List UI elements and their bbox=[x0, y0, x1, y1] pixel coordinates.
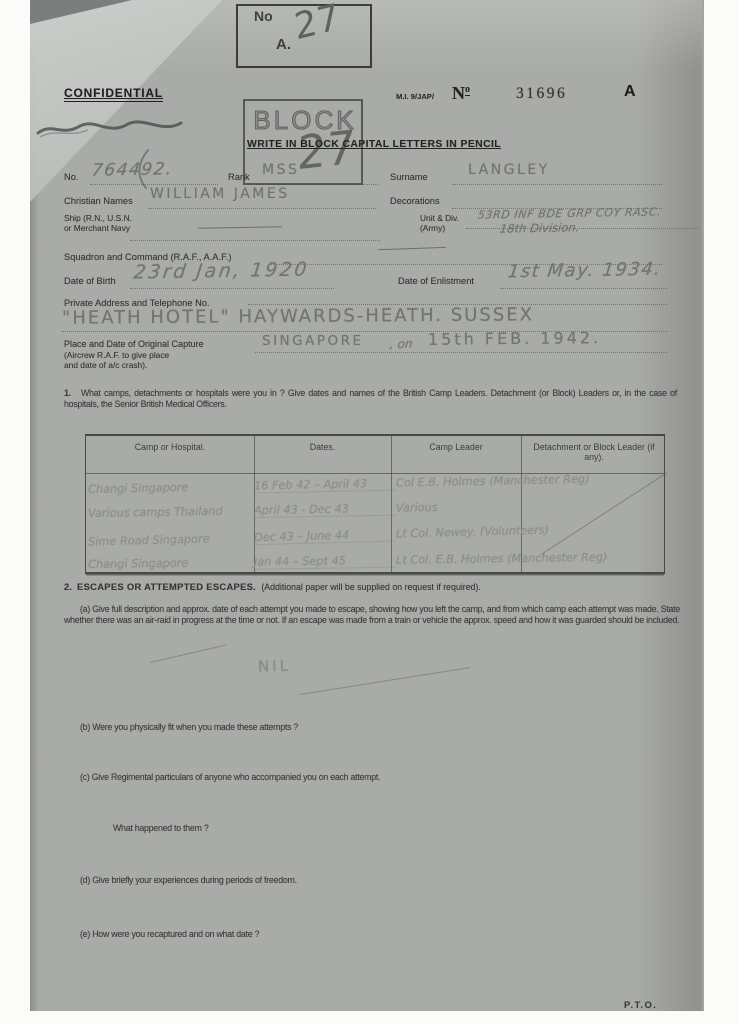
camp-cell: Various camps Thailand bbox=[88, 504, 254, 521]
leader-cell: Lt Col. E.B. Holmes (Manchester Reg) bbox=[396, 550, 664, 568]
dates-cell: 16 Feb 42 – April 43 bbox=[254, 477, 396, 494]
table-row: Sime Road Singapore Dec 43 – June 44 Lt … bbox=[88, 520, 664, 549]
rule bbox=[452, 184, 662, 185]
field-value-address: "HEATH HOTEL" HAYWARDS-HEATH. SUSSEX bbox=[62, 304, 534, 328]
question-2a: (a) Give full description and approx. da… bbox=[64, 604, 680, 627]
field-label-ship-2: or Merchant Navy bbox=[64, 223, 130, 233]
question-2-title: ESCAPES OR ATTEMPTED ESCAPES. bbox=[77, 581, 256, 592]
stamp-a-label: A. bbox=[276, 36, 291, 53]
field-label-christian-names: Christian Names bbox=[64, 196, 133, 206]
field-label-unit-2: (Army) bbox=[420, 223, 445, 233]
table-row: Changi Singapore Jan 44 – Sept 45 Lt Col… bbox=[88, 550, 664, 572]
question-2b: (b) Were you physically fit when you mad… bbox=[80, 722, 640, 733]
question-2c: (c) Give Regimental particulars of anyon… bbox=[80, 772, 640, 783]
question-2d: (d) Give briefly your experiences during… bbox=[80, 875, 640, 886]
camp-cell: Changi Singapore bbox=[88, 480, 254, 497]
question-2-number: 2. bbox=[64, 581, 72, 592]
field-label-enlistment: Date of Enlistment bbox=[398, 276, 474, 286]
field-label-rank: Rank bbox=[228, 172, 250, 182]
field-label-no: No. bbox=[64, 172, 78, 182]
series-letter: A bbox=[624, 83, 636, 101]
question-1-text: What camps, detachments or hospitals wer… bbox=[64, 388, 677, 409]
field-value-capture-place: SINGAPORE bbox=[262, 333, 364, 349]
rule bbox=[130, 240, 380, 241]
crease-mark bbox=[36, 114, 186, 142]
field-value-capture-sep: , on bbox=[389, 337, 413, 351]
field-value-capture-date: 15th FEB. 1942. bbox=[428, 328, 601, 349]
field-value-dob: 23rd Jan, 1920 bbox=[132, 258, 310, 283]
field-label-capture-1: Place and Date of Original Capture bbox=[64, 339, 204, 349]
field-value-no: 764492. bbox=[91, 159, 174, 180]
field-label-surname: Surname bbox=[390, 172, 428, 182]
col-header-dates: Dates. bbox=[254, 442, 391, 452]
number-stamp-box: No A. 27 bbox=[236, 4, 372, 68]
classification-label: CONFIDENTIAL bbox=[64, 86, 163, 102]
col-header-block-leader: Detachment or Block Leader (if any). bbox=[524, 442, 664, 462]
field-label-unit-1: Unit & Div. bbox=[420, 213, 459, 223]
rule bbox=[255, 352, 668, 353]
field-value-enlistment: 1st May. 1934. bbox=[507, 259, 663, 283]
answer-nil: NIL bbox=[258, 656, 292, 675]
file-no-o: o bbox=[465, 84, 470, 96]
question-2-heading: 2. ESCAPES OR ATTEMPTED ESCAPES. (Additi… bbox=[64, 581, 679, 592]
leader-cell: Lt Col. Newey. (Volunteers) bbox=[396, 520, 664, 541]
field-value-surname: LANGLEY bbox=[468, 162, 550, 178]
file-no-n: N bbox=[452, 83, 465, 103]
dates-cell: Dec 43 – June 44 bbox=[254, 527, 396, 545]
rule bbox=[148, 208, 376, 209]
dates-cell: April 43 - Dec 43 bbox=[254, 502, 396, 518]
question-1: 1. What camps, detachments or hospitals … bbox=[64, 388, 677, 411]
field-label-decorations: Decorations bbox=[390, 196, 440, 206]
camp-cell: Changi Singapore bbox=[88, 556, 254, 572]
camps-table: Camp or Hospital. Dates. Camp Leader Det… bbox=[85, 434, 665, 574]
field-label-ship-1: Ship (R.N., U.S.N. bbox=[64, 213, 132, 223]
table-row: Various camps Thailand April 43 - Dec 43… bbox=[88, 497, 664, 521]
rule bbox=[466, 228, 698, 229]
col-header-leader: Camp Leader bbox=[391, 442, 521, 452]
rule bbox=[90, 184, 218, 185]
question-2-note: (Additional paper will be supplied on re… bbox=[261, 582, 481, 592]
field-label-capture-2: (Aircrew R.A.F. to give place bbox=[64, 350, 169, 360]
block-capitals-instruction: WRITE IN BLOCK CAPITAL LETTERS IN PENCIL bbox=[204, 139, 544, 150]
block-stamp-handwritten-number: 27 bbox=[296, 120, 356, 181]
col-header-camp: Camp or Hospital. bbox=[86, 442, 254, 452]
camp-cell: Sime Road Singapore bbox=[88, 531, 254, 549]
stamp-handwritten-number: 27 bbox=[292, 0, 342, 48]
field-label-capture-3: and date of a/c crash). bbox=[64, 360, 147, 370]
field-value-christian-names: WILLIAM JAMES bbox=[150, 186, 290, 202]
rule bbox=[500, 288, 668, 289]
field-label-dob: Date of Birth bbox=[64, 276, 116, 286]
rule bbox=[256, 184, 378, 185]
dates-cell: Jan 44 – Sept 45 bbox=[254, 554, 396, 570]
question-1-number: 1. bbox=[64, 388, 71, 398]
question-2c-followup: What happened to them ? bbox=[113, 823, 413, 834]
scanned-pow-form: No A. 27 CONFIDENTIAL M.I. 9/JAP/ No 316… bbox=[0, 0, 739, 1024]
rule bbox=[130, 288, 334, 289]
file-number: 31696 bbox=[516, 85, 567, 103]
question-2e: (e) How were you recaptured and on what … bbox=[80, 929, 640, 940]
table-row: Changi Singapore 16 Feb 42 – April 43 Co… bbox=[88, 471, 664, 497]
pto-label: P.T.O. bbox=[624, 999, 657, 1010]
field-value-rank: MSS bbox=[262, 162, 299, 178]
mi9-reference: M.I. 9/JAP/ bbox=[396, 92, 434, 101]
file-no-label: No bbox=[452, 83, 470, 104]
stamp-no-label: No bbox=[254, 8, 273, 24]
